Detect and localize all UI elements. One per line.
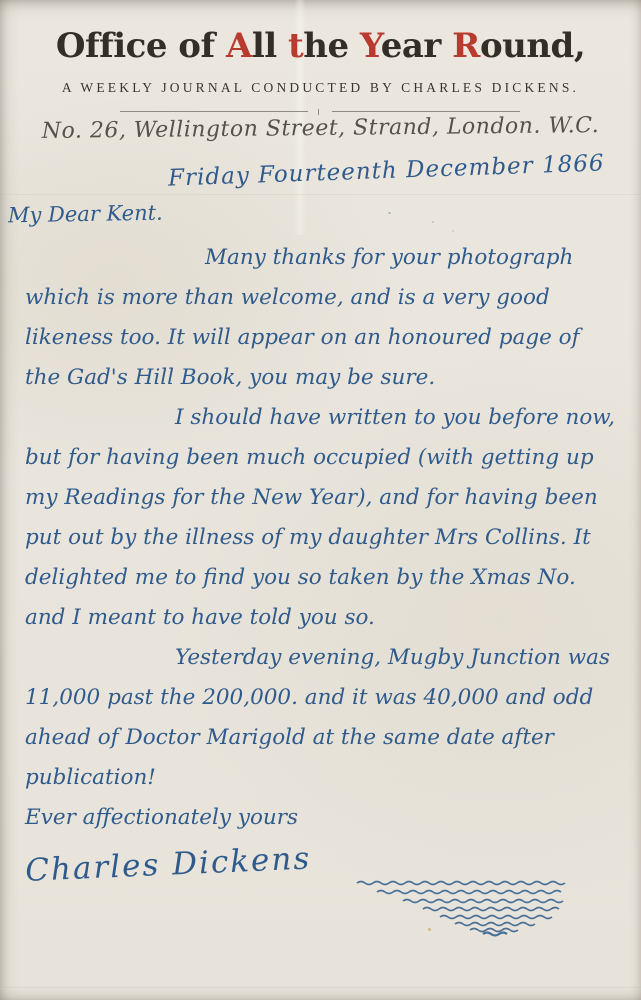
divider-line: [332, 111, 520, 112]
ink-speck: [432, 221, 434, 223]
journal-title: Office of All the Year Round,: [0, 26, 641, 66]
title-segment: he: [303, 26, 360, 66]
divider-line: [120, 111, 308, 112]
journal-subtitle: A WEEKLY JOURNAL CONDUCTED BY CHARLES DI…: [0, 80, 641, 96]
date-line: Friday Fourteenth December 1866: [168, 150, 605, 191]
ink-speck: [452, 230, 454, 232]
letter-body: Many thanks for your photograph which is…: [25, 238, 617, 938]
title-segment: ound,: [480, 26, 585, 66]
title-segment: ear: [381, 26, 452, 66]
paper-crease: [0, 987, 641, 989]
paragraph: Many thanks for your photograph which is…: [25, 238, 617, 398]
paper-crease: [0, 194, 641, 196]
title-segment: A: [226, 26, 252, 66]
divider-tick: [318, 109, 319, 115]
paragraph: Yesterday evening, Mugby Junction was 11…: [25, 638, 617, 798]
ink-speck: [388, 212, 391, 214]
title-segment: ll: [252, 26, 288, 66]
salutation: My Dear Kent.: [8, 201, 163, 228]
signature-flourish-icon: [355, 878, 585, 938]
paragraph: I should have written to you before now,…: [25, 398, 617, 638]
letter-scan: Office of All the Year Round, A WEEKLY J…: [0, 0, 641, 1000]
office-address: No. 26, Wellington Street, Strand, Londo…: [0, 113, 641, 145]
title-segment: Office of: [56, 26, 226, 66]
title-segment: R: [452, 26, 480, 66]
signature-flourish: [355, 878, 617, 938]
title-segment: t: [288, 26, 303, 66]
title-segment: Y: [360, 26, 381, 66]
